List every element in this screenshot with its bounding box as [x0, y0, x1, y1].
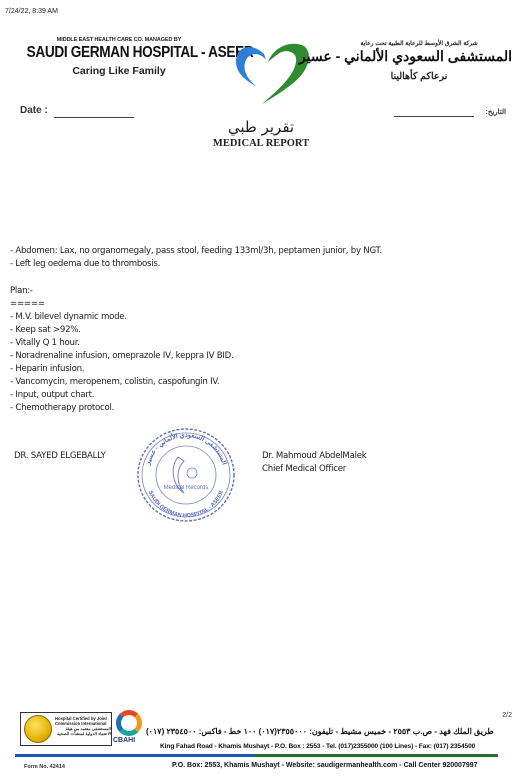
plan-heading: Plan:-	[10, 285, 234, 298]
address-en: King Fahad Road - Khamis Mushayt - P.O. …	[160, 743, 475, 750]
page-number: 2/2	[502, 712, 512, 719]
header-company-en: MIDDLE EAST HEALTH CARE CO. MANAGED BY	[14, 37, 224, 43]
medical-records-stamp-icon: المستشفى السعودي الألماني - عسير SAUDI G…	[130, 425, 242, 525]
address-ar: طريق الملك فهد - ص.ب ٢٥٥٣ - خميس مشيط - …	[146, 727, 518, 736]
date-label-ar: التاريخ:	[485, 108, 506, 116]
header-company-ar: شركة الشرق الأوسط للرعاية الطبية تحت رعا…	[326, 40, 512, 47]
hospital-name-en: SAUDI GERMAN HOSPITAL - ASEER	[27, 44, 212, 62]
date-field-en	[54, 117, 134, 118]
jci-cert-ar: المستشفى معتمد من هيئة الاعتماد الدولية …	[55, 726, 111, 736]
clinical-findings: - Abdomen: Lax, no organomegaly, pass st…	[10, 245, 382, 271]
footer-contact: P.O. Box: 2553, Khamis Mushayt - Website…	[172, 762, 478, 769]
plan-separator: =====	[10, 298, 234, 311]
report-title-ar: تقرير طبي	[200, 118, 322, 136]
plan-item: - Heparin infusion.	[10, 363, 234, 376]
cbahi-logo-icon	[116, 710, 142, 736]
jci-seal-icon	[24, 715, 52, 743]
signature-right: Dr. Mahmoud AbdelMalek Chief Medical Off…	[262, 450, 367, 476]
header-arabic: شركة الشرق الأوسط للرعاية الطبية تحت رعا…	[326, 40, 512, 82]
header-english: MIDDLE EAST HEALTH CARE CO. MANAGED BY S…	[14, 37, 224, 77]
svg-text:المستشفى السعودي الألماني - عس: المستشفى السعودي الألماني - عسير	[144, 431, 228, 467]
date-field-ar	[394, 116, 474, 117]
plan-item: - Input, output chart.	[10, 389, 234, 402]
jci-cert-en: Hospital Certified by Joint Commission I…	[55, 716, 111, 726]
print-timestamp: 7/24/22, 8:39 AM	[5, 8, 58, 15]
cmo-name: Dr. Mahmoud AbdelMalek	[262, 450, 367, 463]
plan-item: - Vitally Q 1 hour.	[10, 337, 234, 350]
report-title-en: MEDICAL REPORT	[200, 138, 322, 149]
signature-left: DR. SAYED ELGEBALLY	[14, 450, 106, 463]
plan-item: - Noradrenaline infusion, omeprazole IV,…	[10, 350, 234, 363]
jci-cert-text: Hospital Certified by Joint Commission I…	[55, 716, 111, 736]
svg-text:SAUDI GERMAN HOSPITAL - ASEER: SAUDI GERMAN HOSPITAL - ASEER	[147, 490, 225, 519]
footer-rule-green	[255, 754, 498, 757]
plan-item: - Keep sat >92%.	[10, 324, 234, 337]
plan-item: - Chemotherapy protocol.	[10, 402, 234, 415]
treatment-plan: Plan:- ===== - M.V. bilevel dynamic mode…	[10, 285, 234, 415]
plan-item: - Vancomycin, meropenem, colistin, caspo…	[10, 376, 234, 389]
finding-line: - Left leg oedema due to thrombosis.	[10, 258, 382, 271]
svg-text:Medical Records: Medical Records	[164, 485, 209, 491]
tagline-ar: نرعاكم كأهالينا	[326, 71, 512, 82]
tagline-en: Caring Like Family	[14, 65, 224, 77]
doctor-name: DR. SAYED ELGEBALLY	[14, 450, 106, 463]
cbahi-label: CBAHI	[113, 737, 135, 744]
hospital-name-ar: المستشفى السعودي الألماني - عسير	[326, 48, 512, 65]
plan-item: - M.V. bilevel dynamic mode.	[10, 311, 234, 324]
form-number: Form No. 42414	[24, 764, 65, 770]
cmo-title: Chief Medical Officer	[262, 463, 367, 476]
footer-rule-blue	[15, 754, 255, 757]
finding-line: - Abdomen: Lax, no organomegaly, pass st…	[10, 245, 382, 258]
date-label-en: Date :	[20, 105, 48, 116]
